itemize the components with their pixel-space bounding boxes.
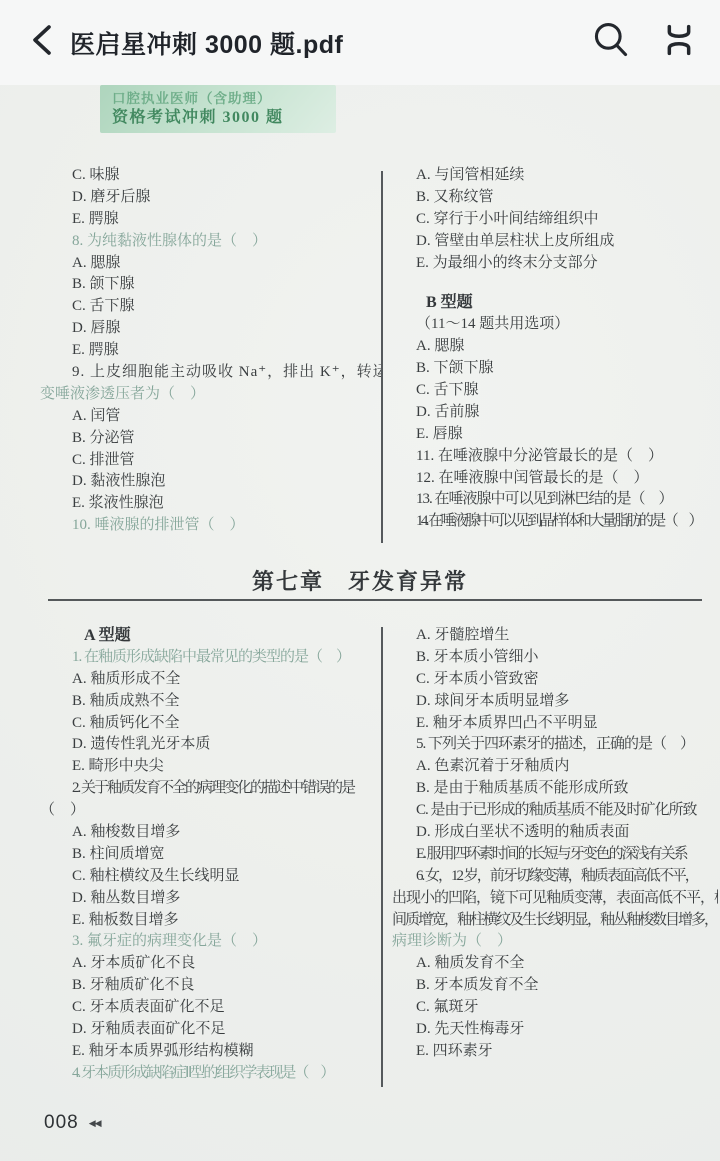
page-number: 008 (44, 1112, 79, 1134)
option-line: C. 舌下腺 (392, 380, 718, 402)
chapter-heading: 第七章 牙发育异常 (0, 565, 720, 596)
question-stem: 10. 唾液腺的排泄管（ ） (40, 515, 381, 537)
option-line: C. 釉柱横纹及生长线明显 (40, 866, 381, 888)
option-line: B. 釉质成熟不全 (40, 691, 381, 713)
question-stem: 6. 女，12 岁，前牙切缘变薄，釉质表面高低不平， (392, 866, 718, 888)
option-line: D. 管壁由单层柱状上皮所组成 (392, 231, 718, 253)
option-line: A. 牙髓腔增生 (392, 625, 718, 647)
option-line: D. 先天性梅毒牙 (392, 1019, 718, 1041)
option-line: B. 又称纹管 (392, 187, 718, 209)
question-stem: 14. 在唾液腺中可以见到晶样体和大量脂肪的是（ ） (392, 511, 718, 533)
question-stem: 8. 为纯黏液性腺体的是（ ） (40, 231, 381, 253)
search-button[interactable] (588, 15, 634, 71)
app-bar-actions (588, 0, 702, 85)
option-line: E. 为最细小的终末分支部分 (392, 253, 718, 275)
questions-column-top-right: A. 与闰管相延续 B. 又称纹管 C. 穿行于小叶间结缔组织中 D. 管壁由单… (392, 165, 718, 533)
option-line: B. 颌下腺 (40, 274, 381, 296)
option-line: E. 釉牙本质界凹凸不平明显 (392, 713, 718, 735)
questions-column-bottom-right: A. 牙髓腔增生 B. 牙本质小管细小 C. 牙本质小管致密 D. 球间牙本质明… (392, 625, 718, 1063)
option-line: B. 是由于釉质基质不能形成所致 (392, 778, 718, 800)
question-stem: 1. 在釉质形成缺陷中最常见的类型的是（ ） (40, 647, 381, 669)
question-stem: 9. 上皮细胞能主动吸收 Na⁺，排出 K⁺，转运水，改 (40, 362, 381, 384)
banner-line-2: 资格考试冲刺 3000 题 (112, 108, 336, 128)
type-heading: A 型题 (40, 625, 381, 647)
option-line: E. 服用四环素时间的长短与牙变色的深浅有关系 (392, 844, 718, 866)
option-line: D. 遗传性乳光牙本质 (40, 734, 381, 756)
option-line: A. 腮腺 (40, 253, 381, 275)
banner-line-1: 口腔执业医师（含助理） (112, 89, 336, 108)
option-line: B. 牙本质发育不全 (392, 975, 718, 997)
double-bracket-icon (659, 20, 699, 65)
option-line: C. 排泄管 (40, 450, 381, 472)
option-line: C. 穿行于小叶间结缔组织中 (392, 209, 718, 231)
question-stem: 3. 氟牙症的病理变化是（ ） (40, 931, 381, 953)
question-stem-continuation: 出现小的凹陷，镜下可见釉质变薄，表面高低不平，柱 (392, 888, 718, 910)
app-bar: 医启星冲刺 3000 题.pdf (0, 0, 720, 85)
search-icon (591, 20, 631, 65)
question-stem-continuation: 病理诊断为（ ） (392, 931, 718, 953)
option-line: E. 釉牙本质界弧形结构模糊 (40, 1041, 381, 1063)
option-line: A. 牙本质矿化不良 (40, 953, 381, 975)
option-line: E. 畸形中央尖 (40, 756, 381, 778)
option-line: A. 腮腺 (392, 336, 718, 358)
question-stem-continuation: 间质增宽，釉柱横纹及生长线明显，釉丛釉梭数目增多， (392, 910, 718, 932)
chapter-rule (48, 599, 702, 601)
option-line: C. 舌下腺 (40, 296, 381, 318)
option-line: D. 釉丛数目增多 (40, 888, 381, 910)
question-stem: 11. 在唾液腺中分泌管最长的是（ ） (392, 446, 718, 468)
shared-options-note: （11～14 题共用选项） (392, 314, 718, 336)
option-line: A. 闰管 (40, 406, 381, 428)
document-title: 医启星冲刺 3000 题.pdf (70, 25, 343, 61)
question-stem-continuation: （ ） (40, 800, 381, 822)
option-line: E. 釉板数目增多 (40, 910, 381, 932)
option-line: B. 柱间质增宽 (40, 844, 381, 866)
option-line: E. 腭腺 (40, 340, 381, 362)
option-line: B. 分泌管 (40, 428, 381, 450)
option-line: D. 黏液性腺泡 (40, 471, 381, 493)
question-stem: 5. 下列关于四环素牙的描述，正确的是（ ） (392, 734, 718, 756)
option-line: C. 氟斑牙 (392, 997, 718, 1019)
option-line: B. 牙釉质矿化不良 (40, 975, 381, 997)
option-line: C. 是由于已形成的釉质基质不能及时矿化所致 (392, 800, 718, 822)
option-line: A. 与闰管相延续 (392, 165, 718, 187)
option-line: B. 牙本质小管细小 (392, 647, 718, 669)
question-stem: 12. 在唾液腺中闰管最长的是（ ） (392, 468, 718, 490)
option-line: E. 浆液性腺泡 (40, 493, 381, 515)
option-line: D. 牙釉质表面矿化不足 (40, 1019, 381, 1041)
option-line: E. 腭腺 (40, 209, 381, 231)
question-stem-continuation: 变唾液渗透压者为（ ） (40, 384, 381, 406)
questions-column-top-left: C. 味腺 D. 磨牙后腺 E. 腭腺 8. 为纯黏液性腺体的是（ ） A. 腮… (40, 165, 381, 537)
question-stem: 2. 关于釉质发育不全的病理变化的描述中错误的是 (40, 778, 381, 800)
type-heading: B 型题 (392, 292, 718, 314)
column-divider (381, 171, 383, 543)
option-line: E. 唇腺 (392, 424, 718, 446)
option-line: D. 唇腺 (40, 318, 381, 340)
option-line: D. 形成白垩状不透明的釉质表面 (392, 822, 718, 844)
option-line: A. 釉质发育不全 (392, 953, 718, 975)
option-line: E. 四环素牙 (392, 1041, 718, 1063)
option-line: A. 色素沉着于牙釉质内 (392, 756, 718, 778)
spacer (392, 274, 718, 286)
option-line: C. 釉质钙化不全 (40, 713, 381, 735)
option-line: A. 釉质形成不全 (40, 669, 381, 691)
question-stem: 4. 牙本质形成缺陷症Ⅱ型的组织学表现是（ ） (40, 1063, 381, 1085)
option-line: C. 牙本质表面矿化不足 (40, 997, 381, 1019)
pdf-page: 口腔执业医师（含助理） 资格考试冲刺 3000 题 C. 味腺 D. 磨牙后腺 … (0, 85, 720, 1161)
option-line: C. 牙本质小管致密 (392, 669, 718, 691)
column-divider (381, 627, 383, 1087)
question-stem: 13. 在唾液腺中可以见到淋巴结的是（ ） (392, 489, 718, 511)
reader-tools-button[interactable] (656, 15, 702, 71)
back-button[interactable] (16, 13, 68, 73)
exam-series-banner: 口腔执业医师（含助理） 资格考试冲刺 3000 题 (100, 85, 336, 133)
option-line: D. 舌前腺 (392, 402, 718, 424)
option-line: B. 下颌下腺 (392, 358, 718, 380)
questions-column-bottom-left: A 型题 1. 在釉质形成缺陷中最常见的类型的是（ ） A. 釉质形成不全 B.… (40, 625, 381, 1085)
option-line: D. 磨牙后腺 (40, 187, 381, 209)
option-line: D. 球间牙本质明显增多 (392, 691, 718, 713)
option-line: C. 味腺 (40, 165, 381, 187)
option-line: A. 釉梭数目增多 (40, 822, 381, 844)
chevron-left-icon (29, 23, 55, 62)
page-footer: 008 ◀◀ (44, 1112, 101, 1134)
double-left-arrow-icon: ◀◀ (89, 1118, 101, 1129)
